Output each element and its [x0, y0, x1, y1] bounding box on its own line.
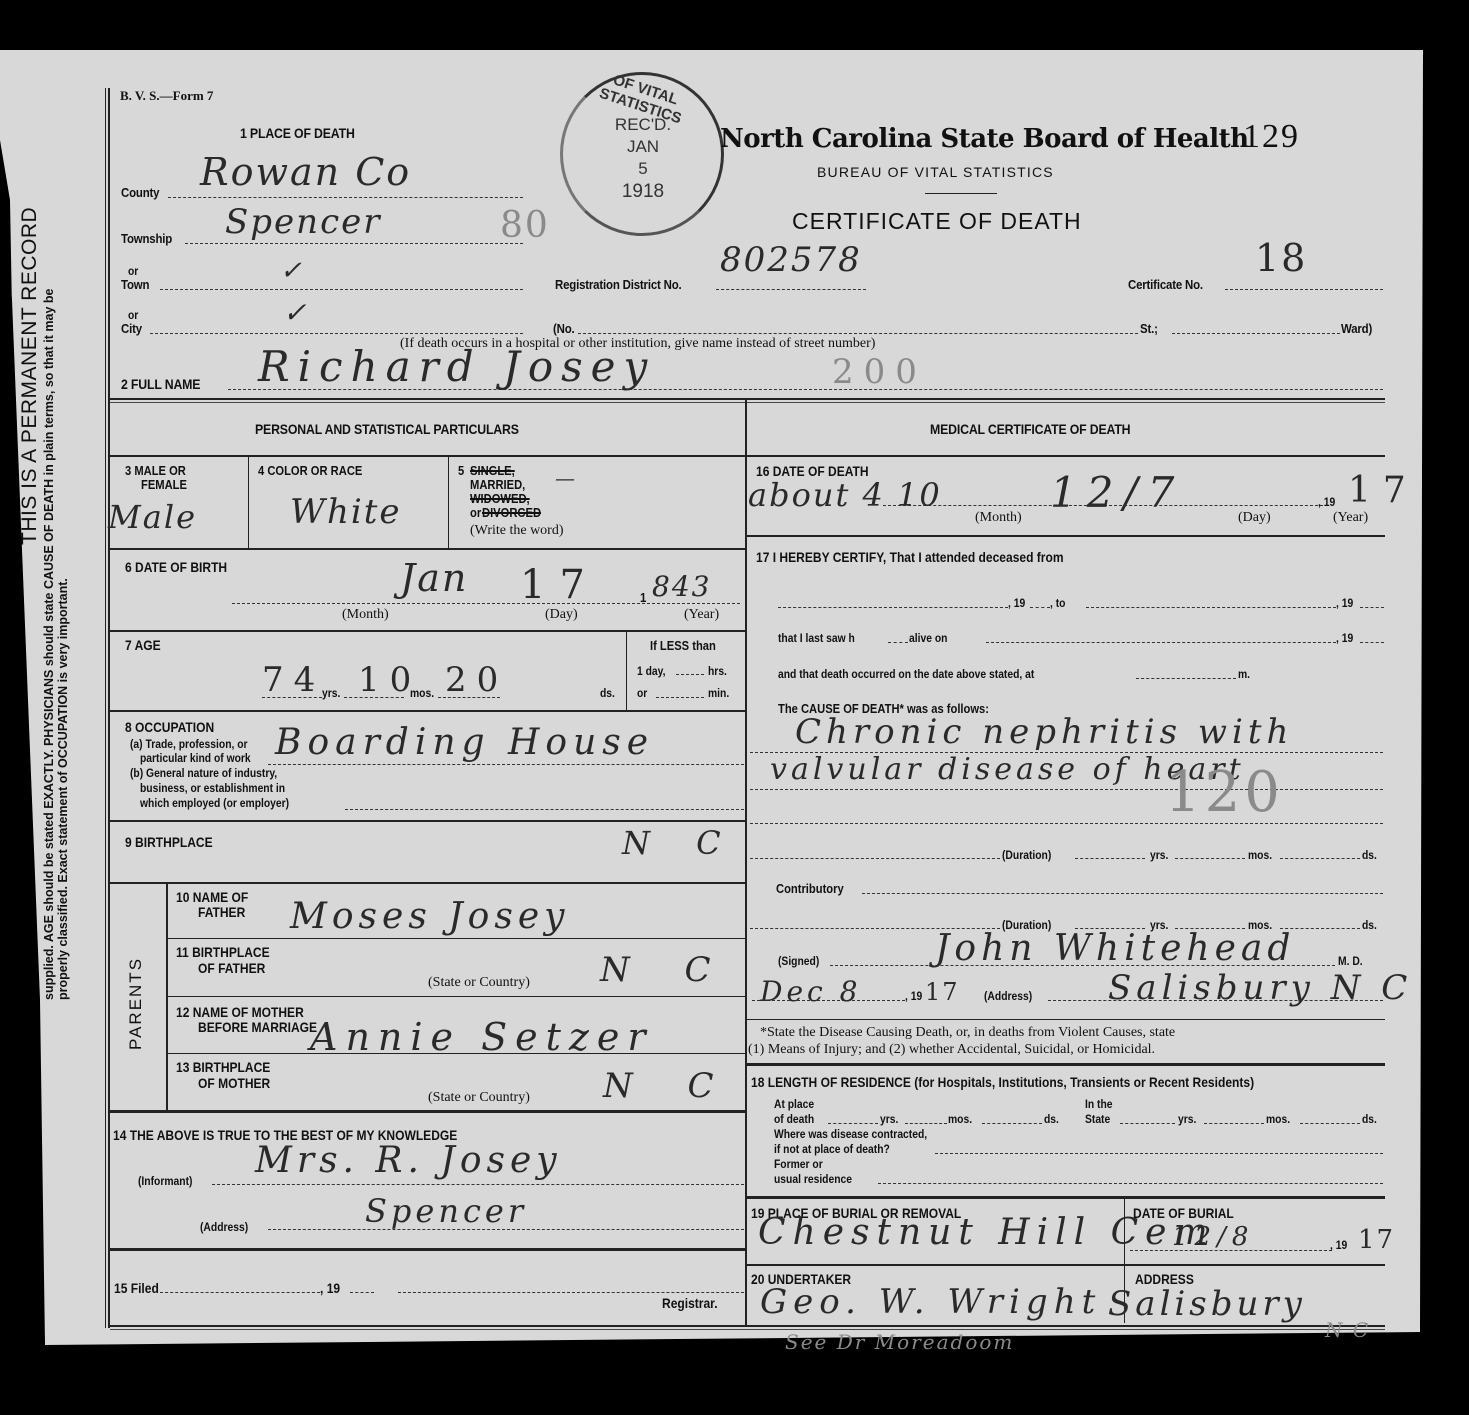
in-state-2: State [1085, 1112, 1110, 1126]
row-rule [168, 996, 745, 997]
street-line [578, 333, 1138, 334]
marital-hint: (Write the word) [470, 523, 564, 539]
at-place-mos-label: mos. [948, 1112, 972, 1126]
row-rule [168, 938, 745, 939]
certify-from-line [778, 607, 1008, 608]
father-name-label-2: FATHER [198, 905, 245, 919]
township-annotation: 80 [500, 205, 550, 246]
or-label: or [637, 686, 647, 700]
marital-or: or [470, 506, 481, 520]
race-label: 4 COLOR OR RACE [258, 464, 362, 478]
former-2: usual residence [774, 1172, 852, 1186]
informant-address-value[interactable]: Spencer [365, 1192, 527, 1230]
last-saw-h-line [888, 642, 908, 643]
section-divider-top [110, 398, 1385, 403]
marital-divorced: DIVORCED [482, 506, 541, 520]
age-label: 7 AGE [125, 638, 161, 652]
informant-label: (Informant) [138, 1174, 192, 1188]
ward-label: Ward) [1341, 321, 1372, 336]
certificate-paper [0, 0, 1469, 1415]
township-field-line [185, 243, 523, 244]
cause-line1-value[interactable]: Chronic nephritis with [795, 712, 1293, 752]
burial-date-label: DATE OF BURIAL [1133, 1206, 1234, 1220]
last-saw-label: that I last saw h [778, 631, 855, 645]
certify-label: 17 I HEREBY CERTIFY, That I attended dec… [756, 550, 1064, 564]
row-rule [747, 1264, 1385, 1266]
col-rule [248, 456, 249, 548]
certificate-no-line [1225, 289, 1383, 290]
ward-line [1172, 333, 1340, 334]
dob-line [232, 603, 740, 604]
informant-value[interactable]: Mrs. R. Josey [255, 1140, 562, 1181]
min-label: min. [708, 686, 729, 700]
less-than-label: If LESS than [650, 639, 716, 653]
duration-ds-line [1280, 858, 1360, 859]
former-line [878, 1183, 1383, 1184]
row-rule [168, 1053, 745, 1054]
last-saw-19: , 19 [1336, 631, 1353, 645]
city-field-line [150, 333, 523, 334]
registration-district-label: Registration District No. [555, 277, 682, 292]
at-place-ds-line [982, 1123, 1042, 1124]
certify-19b: , 19 [1336, 596, 1353, 610]
contributory-label: Contributory [776, 882, 844, 896]
town-label: Town [121, 277, 149, 292]
occupation-a2: particular kind of work [140, 751, 251, 765]
at-place-1: At place [774, 1097, 814, 1111]
county-value[interactable]: Rowan Co [200, 150, 411, 194]
footnote-2: (1) Means of Injury; and (2) whether Acc… [748, 1042, 1155, 1058]
burial-date-value[interactable]: 12/8 [1172, 1222, 1254, 1252]
row-rule [110, 455, 745, 457]
mother-name-label-2: BEFORE MARRIAGE [198, 1020, 317, 1034]
dob-label: 6 DATE OF BIRTH [125, 560, 227, 574]
dob-year-caption: (Year) [684, 607, 719, 623]
in-state-mos-label: mos. [1266, 1112, 1290, 1126]
mother-name-label-1: 12 NAME OF MOTHER [176, 1005, 304, 1019]
sex-label-2: FEMALE [141, 478, 187, 492]
informant-address-label: (Address) [200, 1220, 248, 1234]
burial-year-prefix: , 19 [1330, 1238, 1347, 1252]
dod-year-value[interactable]: 17 [1348, 470, 1418, 511]
dob-month-value[interactable]: Jan [400, 556, 468, 600]
row-rule [110, 1110, 745, 1113]
sex-label-1: 3 MALE OR [125, 464, 186, 478]
physician-address-label: (Address) [984, 989, 1032, 1003]
dod-value[interactable]: 12/7 [1050, 468, 1184, 517]
row-rule [747, 1063, 1385, 1066]
row-rule [747, 1019, 1385, 1020]
header-rule [925, 193, 997, 194]
undertaker-address-value[interactable]: Salisbury [1108, 1284, 1306, 1324]
parents-divider [166, 884, 168, 1110]
father-bp-label-2: OF FATHER [198, 961, 265, 975]
physician-address-value[interactable]: Salisbury N C [1108, 968, 1412, 1008]
in-state-1: In the [1085, 1097, 1113, 1111]
undertaker-address-tail: N C [1325, 1318, 1370, 1342]
certify-to-line [1086, 607, 1336, 608]
mother-bp-label-2: OF MOTHER [198, 1076, 270, 1090]
row-rule [110, 548, 745, 550]
form-id: B. V. S.—Form 7 [120, 88, 213, 104]
marital-married: MARRIED, [470, 478, 525, 492]
age-years-value[interactable]: 74 [262, 660, 325, 700]
row-rule [110, 1248, 745, 1251]
margin-scribble: See Dr Moreadoom [785, 1330, 1014, 1354]
side-note-occupation: properly classified. Exact statement of … [56, 578, 70, 1000]
row-rule [747, 535, 1385, 537]
age-mos-label: mos. [410, 686, 434, 700]
at-place-2: of death [774, 1112, 814, 1126]
duration-mos-label: mos. [1248, 848, 1272, 862]
city-or-label: or [128, 308, 138, 322]
duration-yrs-line [1075, 858, 1145, 859]
death-time-line [1136, 678, 1236, 679]
dob-day-caption: (Day) [545, 607, 578, 623]
father-state-caption: (State or Country) [428, 975, 530, 991]
certify-19b-line [1360, 607, 1384, 608]
in-state-ds-label: ds. [1362, 1112, 1377, 1126]
filed-year-prefix: , 19 [320, 1281, 340, 1295]
dod-time-value[interactable]: about 4 10 [748, 476, 942, 514]
dob-day-value[interactable]: 17 [520, 562, 599, 608]
signed-value[interactable]: John Whitehead [935, 928, 1295, 969]
duration-label: (Duration) [1002, 848, 1051, 862]
signed-date-value[interactable]: Dec 8 [760, 975, 861, 1008]
marital-widowed: WIDOWED, [470, 492, 530, 506]
in-state-yrs-label: yrs. [1178, 1112, 1196, 1126]
row-rule [110, 630, 745, 632]
hrs-line [676, 674, 704, 675]
row-rule [747, 455, 1385, 457]
dod-year-prefix: , 19 [1318, 495, 1335, 509]
row-rule [110, 820, 745, 822]
mother-bp-label-1: 13 BIRTHPLACE [176, 1060, 270, 1074]
m-label: m. [1238, 667, 1250, 681]
signed-year-prefix: , 19 [905, 989, 922, 1003]
mother-bp-value[interactable]: N C [603, 1066, 736, 1106]
town-value[interactable]: ✓ [280, 256, 304, 286]
at-place-mos-line [905, 1123, 947, 1124]
cause-line-3 [750, 823, 1383, 824]
occupation-b2: business, or establishment in [140, 781, 285, 795]
stamp-day: 5 [603, 159, 683, 179]
section-divider-bottom [110, 1325, 1385, 1330]
in-state-yrs-line [1120, 1123, 1175, 1124]
race-value[interactable]: White [290, 492, 402, 532]
full-name-label: 2 FULL NAME [121, 376, 200, 392]
mother-state-caption: (State or Country) [428, 1090, 530, 1106]
row-rule [110, 882, 745, 884]
filed-year-line [350, 1292, 374, 1293]
age-yrs-label: yrs. [322, 686, 340, 700]
stamp-month: JAN [603, 137, 683, 157]
dod-year-caption: (Year) [1333, 510, 1368, 526]
place-of-death-heading: 1 PLACE OF DEATH [240, 125, 355, 141]
certify-to: , to [1050, 596, 1065, 610]
registrar-label: Registrar. [662, 1296, 718, 1310]
at-place-yrs-line [828, 1123, 878, 1124]
town-field-line [160, 289, 523, 290]
bureau-title: BUREAU OF VITAL STATISTICS [817, 164, 1054, 180]
township-value[interactable]: Spencer [225, 202, 382, 242]
alive-on-line [986, 642, 1336, 643]
residence-label: 18 LENGTH OF RESIDENCE (for Hospitals, I… [751, 1075, 1254, 1089]
row-rule [747, 1196, 1385, 1199]
full-name-annotation: 200 [832, 352, 927, 392]
duration-mos-line [1175, 858, 1245, 859]
father-name-value[interactable]: Moses Josey [290, 896, 569, 937]
at-place-ds-label: ds. [1044, 1112, 1059, 1126]
sex-value[interactable]: Male [108, 498, 197, 536]
age-days-value[interactable]: 20 [445, 660, 508, 700]
medical-heading: MEDICAL CERTIFICATE OF DEATH [930, 421, 1130, 437]
min-line [656, 697, 704, 698]
at-place-yrs-label: yrs. [880, 1112, 898, 1126]
occupation-b1: (b) General nature of industry, [130, 766, 277, 780]
birthplace-label: 9 BIRTHPLACE [125, 835, 213, 849]
duration-ds-label: ds. [1362, 848, 1377, 862]
occupation-a1: (a) Trade, profession, or [130, 737, 248, 751]
registration-district-line [716, 289, 866, 290]
full-name-value[interactable]: Richard Josey [258, 342, 655, 391]
city-value[interactable]: ✓ [283, 296, 308, 329]
personal-heading: PERSONAL AND STATISTICAL PARTICULARS [255, 421, 519, 437]
form-left-border [105, 88, 106, 1328]
registrar-line [398, 1292, 744, 1293]
street-no-label: (No. [553, 321, 575, 336]
last-saw-19-line [1360, 642, 1384, 643]
certificate-no-value[interactable]: 18 [1255, 236, 1307, 280]
occupation-b-line [345, 809, 744, 810]
county-label: County [121, 185, 159, 200]
alive-on-label: alive on [909, 631, 947, 645]
birthplace-value[interactable]: N C [622, 824, 739, 862]
signed-label: (Signed) [778, 954, 819, 968]
cause-line-2 [750, 789, 1383, 790]
certify-19a-line [1030, 607, 1050, 608]
in-state-mos-line [1204, 1123, 1264, 1124]
contracted-line [935, 1153, 1383, 1154]
md-label: M. D. [1338, 954, 1363, 968]
page-number: 129 [1243, 118, 1300, 156]
received-stamp: OF VITAL STATISTICS REC'D. JAN 5 1918 [560, 72, 724, 236]
dod-month-caption: (Month) [975, 510, 1022, 526]
father-name-label-1: 10 NAME OF [176, 890, 248, 904]
town-or-label: or [128, 264, 138, 278]
contracted-1: Where was disease contracted, [774, 1127, 927, 1141]
col-rule [448, 456, 449, 548]
undertaker-value[interactable]: Geo. W. Wright [760, 1282, 1101, 1322]
city-label: City [121, 321, 142, 336]
center-divider [745, 400, 747, 1325]
burial-year-value[interactable]: 17 [1358, 1225, 1395, 1255]
former-1: Former or [774, 1157, 823, 1171]
certificate-title: CERTIFICATE OF DEATH [792, 208, 1082, 235]
occupation-b3: which employed (or employer) [140, 796, 289, 810]
contributory-line [862, 893, 1383, 894]
county-field-line [168, 197, 523, 198]
father-bp-label-1: 11 BIRTHPLACE [176, 945, 270, 959]
certify-19a: , 19 [1008, 596, 1025, 610]
marital-value[interactable]: — [555, 466, 577, 490]
cause-annotation: 120 [1165, 760, 1284, 825]
occupation-a-line [268, 764, 744, 765]
age-ds-label: ds. [600, 686, 615, 700]
row-rule [110, 710, 745, 712]
certificate-no-label: Certificate No. [1128, 277, 1203, 292]
death-occurred-label: and that death occurred on the date abov… [778, 667, 1034, 681]
marital-single: SINGLE, [470, 464, 515, 478]
filed-label: 15 Filed [114, 1281, 159, 1295]
informant-line [212, 1184, 744, 1185]
father-bp-value[interactable]: N C [600, 950, 733, 990]
filed-line [160, 1292, 320, 1293]
footnote-1: *State the Disease Causing Death, or, in… [760, 1025, 1175, 1041]
in-state-ds-line [1300, 1123, 1360, 1124]
signed-year-value[interactable]: 17 [925, 978, 960, 1006]
parents-label: PARENTS [126, 957, 146, 1050]
occupation-label: 8 OCCUPATION [125, 720, 214, 734]
form-left-border-inner [108, 88, 110, 1328]
one-day-label: 1 day, [637, 664, 666, 678]
dob-month-caption: (Month) [342, 607, 389, 623]
stamp-line1: REC'D. [603, 115, 683, 135]
duration-line [750, 858, 1000, 859]
occupation-value[interactable]: Boarding House [275, 722, 654, 763]
dob-year-prefix: 1 [640, 590, 646, 605]
dob-year-value[interactable]: 843 [652, 570, 711, 603]
col-rule [626, 632, 627, 710]
registration-district-value[interactable]: 802578 [720, 240, 862, 280]
side-note-permanent-record: THIS IS A PERMANENT RECORD [18, 207, 42, 545]
board-title: North Carolina State Board of Health [720, 124, 1249, 154]
street-st-label: St.; [1140, 321, 1158, 336]
dod-day-caption: (Day) [1238, 510, 1271, 526]
township-label: Township [121, 231, 172, 246]
marital-num: 5 [458, 464, 464, 478]
contracted-2: if not at place of death? [774, 1142, 890, 1156]
contributory-ds-label: ds. [1362, 918, 1377, 932]
hrs-label: hrs. [708, 664, 727, 678]
stamp-year: 1918 [603, 181, 683, 203]
duration-yrs-label: yrs. [1150, 848, 1168, 862]
side-note-instructions: supplied. AGE should be stated EXACTLY. … [42, 289, 56, 1000]
